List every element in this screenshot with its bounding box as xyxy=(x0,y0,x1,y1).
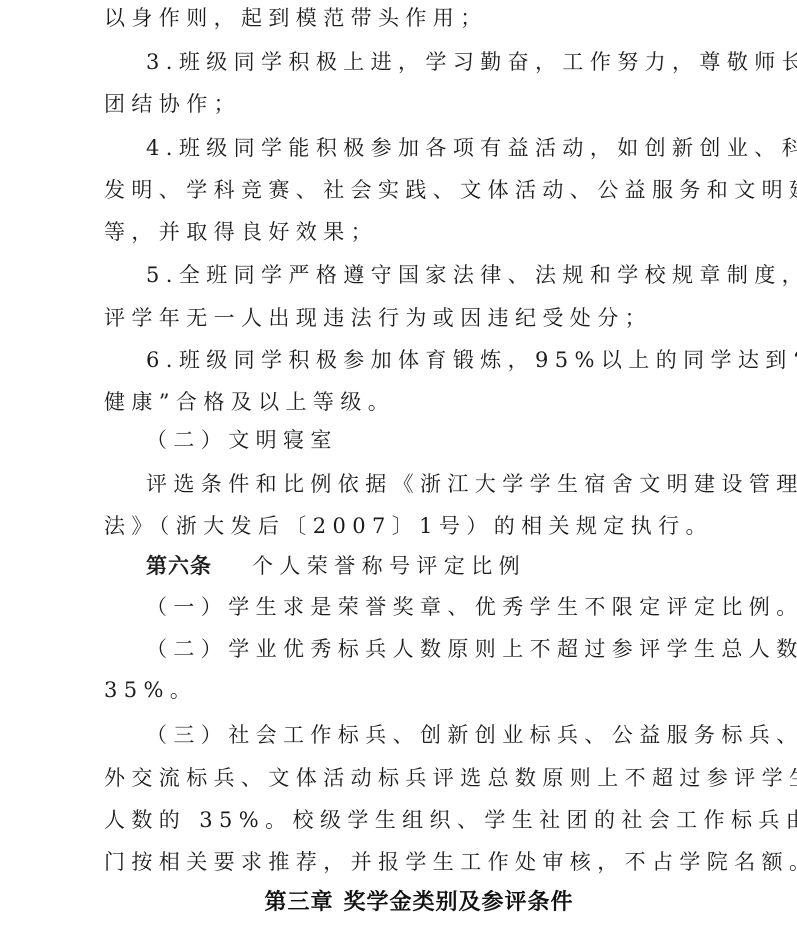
paragraph-line: 评选条件和比例依据《浙江大学学生宿舍文明建设管理办 xyxy=(146,469,797,499)
paragraph-line-item-5: 5.全班同学严格遵守国家法律、法规和学校规章制度，参 xyxy=(146,260,797,290)
article-heading: 第六条个人荣誉称号评定比例 xyxy=(146,551,526,581)
chapter-heading: 第三章奖学金类别及参评条件 xyxy=(0,888,797,918)
document-page: 以身作则，起到模范带头作用； 3.班级同学积极上进，学习勤奋，工作努力，尊敬师长… xyxy=(0,0,797,927)
paragraph-line: 外交流标兵、文体活动标兵评选总数原则上不超过参评学生总 xyxy=(104,763,797,793)
article-number: 第六条 xyxy=(146,554,212,578)
chapter-title: 奖学金类别及参评条件 xyxy=(344,890,574,915)
paragraph-line: 团结协作； xyxy=(104,89,241,119)
paragraph-line: 人数的 35%。校级学生组织、学生社团的社会工作标兵由主管部 xyxy=(104,805,797,835)
article-title: 个人荣誉称号评定比例 xyxy=(252,554,526,578)
paragraph-line-item-6: 6.班级同学积极参加体育锻炼，95%以上的同学达到“体质 xyxy=(146,345,797,375)
subsection-civilized-dorm: （二）文明寝室 xyxy=(146,425,338,455)
chapter-number: 第三章 xyxy=(264,890,333,915)
paragraph-line: 门按相关要求推荐，并报学生工作处审核，不占学院名额。 xyxy=(104,847,797,877)
paragraph-line-sub-2: （二）学业优秀标兵人数原则上不超过参评学生总人数的 xyxy=(146,634,797,664)
paragraph-line: 发明、学科竞赛、社会实践、文体活动、公益服务和文明建设 xyxy=(104,175,797,205)
paragraph-line: 法》（浙大发后〔2007〕1号）的相关规定执行。 xyxy=(104,511,713,541)
paragraph-line-item-3: 3.班级同学积极上进，学习勤奋，工作努力，尊敬师长， xyxy=(146,47,797,77)
paragraph-line: 健康”合格及以上等级。 xyxy=(104,387,395,417)
paragraph-line-sub-3: （三）社会工作标兵、创新创业标兵、公益服务标兵、对 xyxy=(146,720,797,750)
paragraph-line: 等，并取得良好效果； xyxy=(104,217,378,247)
paragraph-line: 评学年无一人出现违法行为或因违纪受处分； xyxy=(104,303,652,333)
paragraph-line-sub-1: （一）学生求是荣誉奖章、优秀学生不限定评定比例。 xyxy=(146,592,797,622)
paragraph-line-item-4: 4.班级同学能积极参加各项有益活动，如创新创业、科技 xyxy=(146,133,797,163)
paragraph-line: 以身作则，起到模范带头作用； xyxy=(104,3,488,33)
paragraph-line: 35%。 xyxy=(104,675,197,705)
